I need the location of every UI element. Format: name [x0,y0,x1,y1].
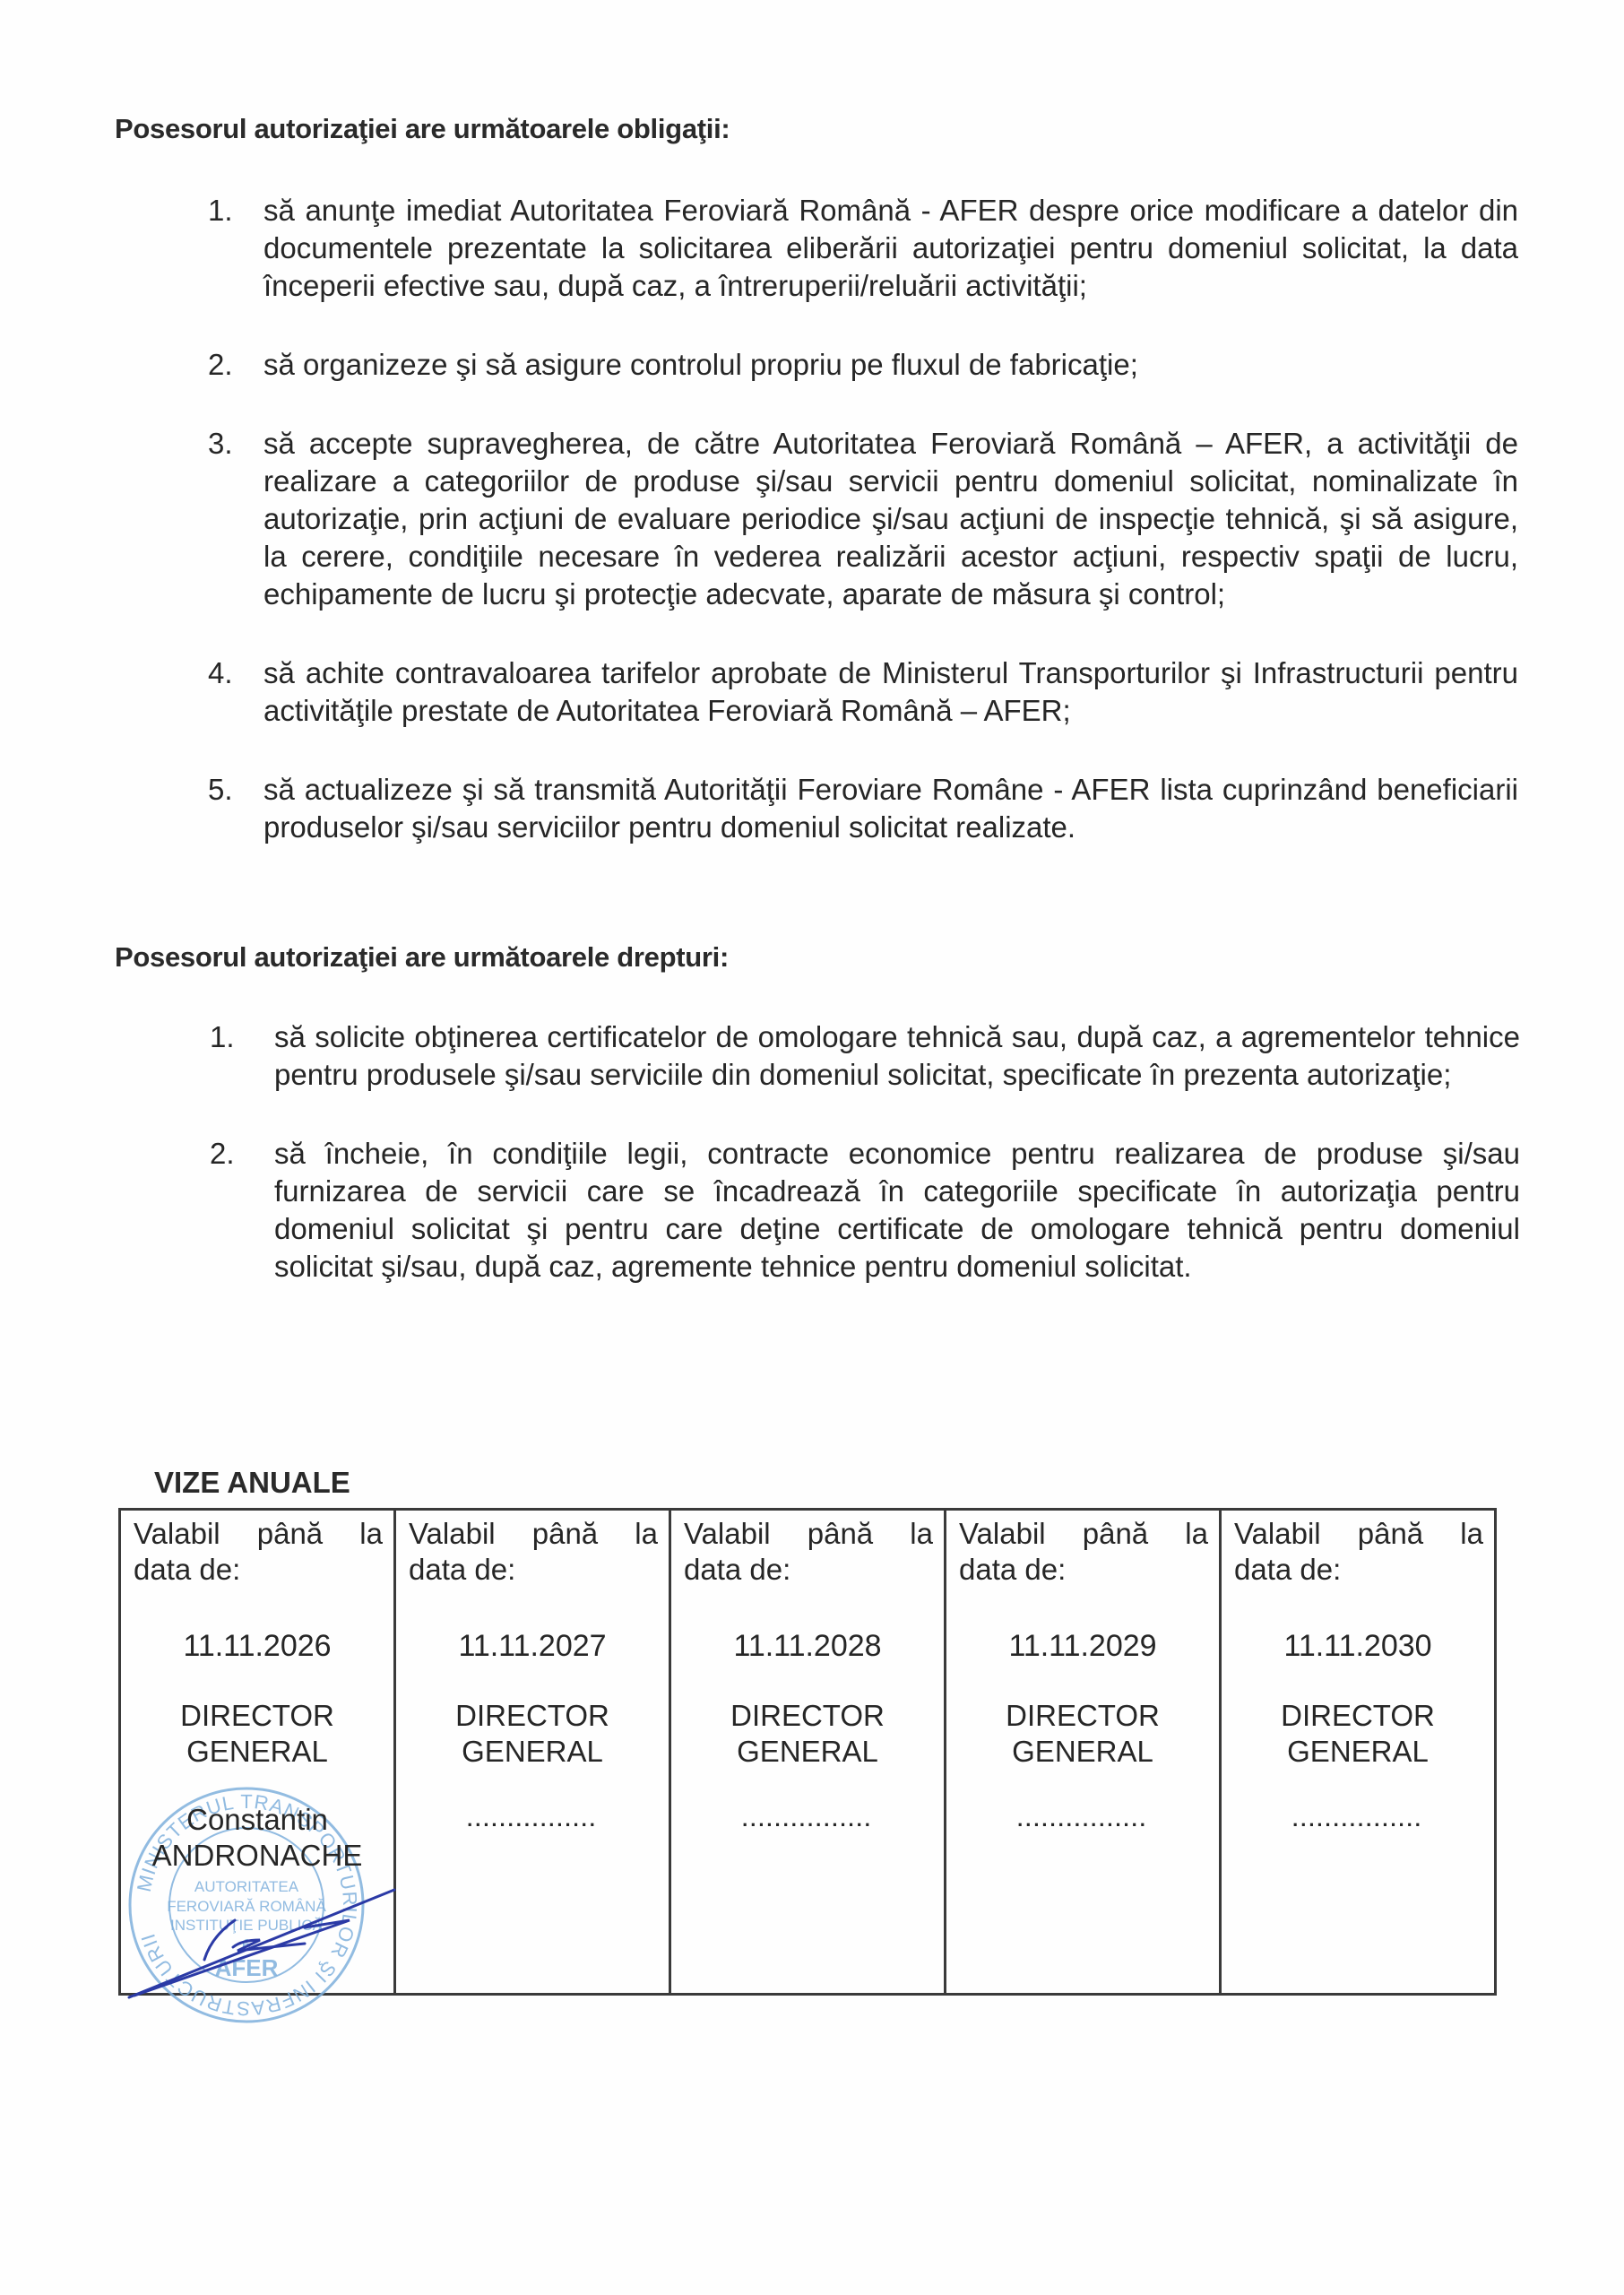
role-line: GENERAL [121,1734,393,1770]
role-line: DIRECTOR [396,1698,669,1734]
role-line: DIRECTOR [121,1698,393,1734]
vize-cell: Valabil până la data de: 11.11.2028 DIRE… [670,1510,946,1995]
signatory-role: DIRECTOR GENERAL [946,1698,1219,1770]
item-number: 4. [208,654,233,692]
valid-until-date: 11.11.2030 [1222,1629,1494,1664]
valid-until-date: 11.11.2028 [671,1629,944,1664]
valid-until-label: Valabil până la data de: [121,1511,393,1588]
item-text: să accepte supravegherea, de către Autor… [263,427,1518,611]
obligations-heading: Posesorul autorizaţiei are următoarele o… [115,113,730,145]
signatory-last-name: ANDRONACHE [121,1838,393,1874]
item-text: să organizeze şi să asigure controlul pr… [263,348,1138,381]
signature-placeholder: ................ [671,1802,944,1874]
vize-cell: Valabil până la data de: 11.11.2029 DIRE… [946,1510,1221,1995]
valid-until-label: Valabil până la data de: [671,1511,944,1588]
item-number: 5. [208,771,233,809]
role-line: GENERAL [671,1734,944,1770]
dotted-line: ................ [396,1802,669,1838]
vize-anuale-table: Valabil până la data de: 11.11.2026 DIRE… [118,1508,1497,1996]
signature-placeholder: ................ [396,1802,669,1874]
role-line: GENERAL [1222,1734,1494,1770]
vize-cell: Valabil până la data de: 11.11.2030 DIRE… [1221,1510,1496,1995]
item-text: să anunţe imediat Autoritatea Feroviară … [263,194,1518,302]
signatory-first-name: Constantin [121,1802,393,1838]
document-page: Posesorul autorizaţiei are următoarele o… [0,0,1624,2295]
right-item: 1. să solicite obţinerea certificatelor … [210,1018,1520,1094]
signatory-role: DIRECTOR GENERAL [671,1698,944,1770]
item-text: să achite contravaloarea tarifelor aprob… [263,656,1518,727]
obligation-item: 4. să achite contravaloarea tarifelor ap… [208,654,1518,730]
obligation-item: 2. să organizeze şi să asigure controlul… [208,346,1518,384]
item-number: 1. [210,1018,235,1056]
dotted-line: ................ [946,1802,1219,1838]
rights-heading: Posesorul autorizaţiei are următoarele d… [115,941,729,974]
item-text: să încheie, în condiţiile legii, contrac… [274,1137,1520,1283]
signatory-role: DIRECTOR GENERAL [396,1698,669,1770]
item-text: să actualizeze şi să transmită Autorităţ… [263,773,1518,844]
role-line: GENERAL [946,1734,1219,1770]
obligation-item: 1. să anunţe imediat Autoritatea Ferovia… [208,192,1518,305]
signatory-role: DIRECTOR GENERAL [121,1698,393,1770]
signature-placeholder: ................ [1222,1802,1494,1874]
valid-until-label: Valabil până la data de: [396,1511,669,1588]
role-line: GENERAL [396,1734,669,1770]
item-text: să solicite obţinerea certificatelor de … [274,1020,1520,1091]
signatory-role: DIRECTOR GENERAL [1222,1698,1494,1770]
dotted-line: ................ [671,1802,944,1838]
valid-until-date: 11.11.2026 [121,1629,393,1664]
item-number: 2. [208,346,233,384]
obligations-list: 1. să anunţe imediat Autoritatea Ferovia… [208,192,1518,846]
obligation-item: 5. să actualizeze şi să transmită Autori… [208,771,1518,846]
valid-until-label: Valabil până la data de: [946,1511,1219,1588]
role-line: DIRECTOR [671,1698,944,1734]
obligation-item: 3. să accepte supravegherea, de către Au… [208,425,1518,613]
valid-until-date: 11.11.2027 [396,1629,669,1664]
rights-list: 1. să solicite obţinerea certificatelor … [210,1018,1520,1286]
vize-cell: Valabil până la data de: 11.11.2027 DIRE… [395,1510,670,1995]
vize-anuale-title: VIZE ANUALE [154,1466,350,1500]
item-number: 3. [208,425,233,463]
item-number: 2. [210,1135,235,1173]
valid-until-date: 11.11.2029 [946,1629,1219,1664]
valid-until-label: Valabil până la data de: [1222,1511,1494,1588]
vize-cell: Valabil până la data de: 11.11.2026 DIRE… [120,1510,395,1995]
dotted-line: ................ [1222,1802,1494,1838]
right-item: 2. să încheie, în condiţiile legii, cont… [210,1135,1520,1286]
signature-placeholder: ................ [946,1802,1219,1874]
item-number: 1. [208,192,233,229]
role-line: DIRECTOR [1222,1698,1494,1734]
signatory-name: Constantin ANDRONACHE [121,1802,393,1874]
role-line: DIRECTOR [946,1698,1219,1734]
